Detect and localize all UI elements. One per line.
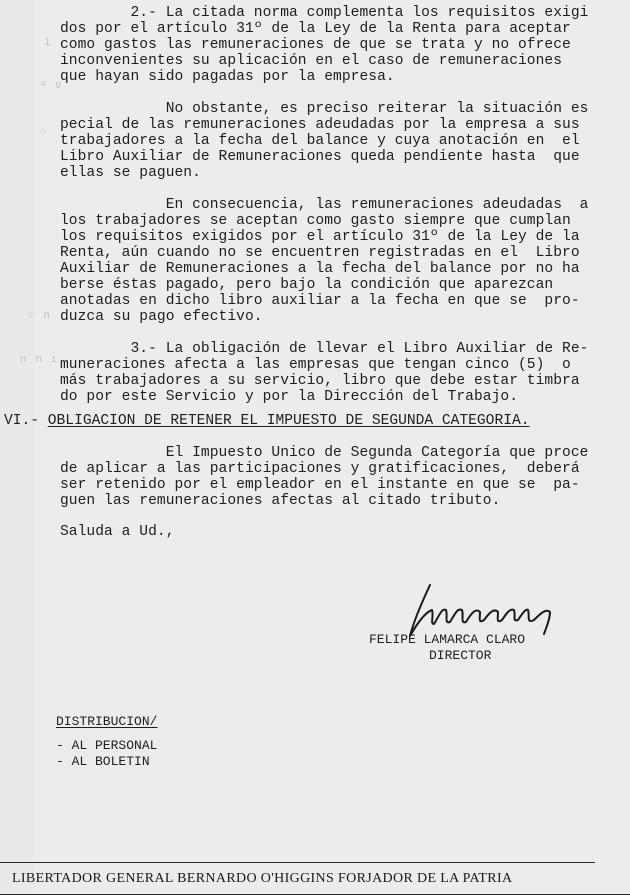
paragraph-line: ser retenido por el empleador en el inst… bbox=[60, 477, 580, 493]
signature-image bbox=[400, 580, 570, 640]
paragraph-line: los requisitos exigidos por el artículo … bbox=[60, 229, 580, 245]
bleed-through-mark: ○ n bbox=[28, 310, 51, 322]
paragraph-line: como gastos las remuneraciones de que se… bbox=[60, 37, 571, 53]
paragraph-line: ellas se paguen. bbox=[60, 165, 201, 181]
paragraph-line: 3.- La obligación de llevar el Libro Aux… bbox=[60, 341, 588, 357]
signatory-name: FELIPE LAMARCA CLARO bbox=[369, 632, 525, 647]
paragraph-line: que hayan sido pagadas por la empresa. bbox=[60, 69, 395, 85]
paragraph-line: trabajadores a la fecha del balance y cu… bbox=[60, 133, 580, 149]
section-number: VI.- bbox=[4, 413, 48, 429]
paragraph-line: duzca su pago efectivo. bbox=[60, 309, 263, 325]
footer-divider bbox=[0, 862, 595, 863]
bleed-through-mark: n n ı bbox=[20, 354, 58, 366]
section-title: OBLIGACION DE RETENER EL IMPUESTO DE SEG… bbox=[48, 413, 530, 429]
bleed-through-mark: ○ bbox=[40, 126, 48, 138]
paragraph-line: guen las remuneraciones afectas al citad… bbox=[60, 493, 500, 509]
paragraph-line: No obstante, es preciso reiterar la situ… bbox=[60, 101, 588, 117]
paragraph-line: 2.- La citada norma complementa los requ… bbox=[60, 5, 588, 21]
closing-salutation: Saluda a Ud., bbox=[60, 524, 175, 540]
paragraph-line: inconvenientes su aplicación en el caso … bbox=[60, 53, 562, 69]
paragraph-line: Auxiliar de Remuneraciones a la fecha de… bbox=[60, 261, 580, 277]
paragraph-line: Renta, aún cuando no se encuentren regis… bbox=[60, 245, 580, 261]
paragraph-line: los trabajadores se aceptan como gasto s… bbox=[60, 213, 571, 229]
paragraph-line: El Impuesto Unico de Segunda Categoría q… bbox=[60, 445, 588, 461]
distribution-item: - AL BOLETIN bbox=[56, 754, 150, 769]
section-vi-heading: VI.- OBLIGACION DE RETENER EL IMPUESTO D… bbox=[4, 413, 529, 429]
paragraph-line: más trabajadores a su servicio, libro qu… bbox=[60, 373, 580, 389]
signatory-title: DIRECTOR bbox=[429, 648, 491, 663]
paragraph-line: dos por el artículo 31º de la Ley de la … bbox=[60, 21, 571, 37]
paragraph-line: anotadas en dicho libro auxiliar a la fe… bbox=[60, 293, 580, 309]
paragraph-line: Libro Auxiliar de Remuneraciones queda p… bbox=[60, 149, 580, 165]
distribution-item: - AL PERSONAL bbox=[56, 738, 157, 753]
paragraph-line: En consecuencia, las remuneraciones adeu… bbox=[60, 197, 588, 213]
paragraph-line: de aplicar a las participaciones y grati… bbox=[60, 461, 580, 477]
paragraph-line: muneraciones afecta a las empresas que t… bbox=[60, 357, 571, 373]
paragraph-line: pecial de las remuneraciones adeudadas p… bbox=[60, 117, 580, 133]
paragraph-line: do por este Servicio y por la Dirección … bbox=[60, 389, 518, 405]
distribution-title: DISTRIBUCION/ bbox=[56, 714, 157, 729]
paragraph-line: berse éstas pagado, pero bajo la condici… bbox=[60, 277, 553, 293]
footer-motto: LIBERTADOR GENERAL BERNARDO O'HIGGINS FO… bbox=[12, 871, 512, 887]
